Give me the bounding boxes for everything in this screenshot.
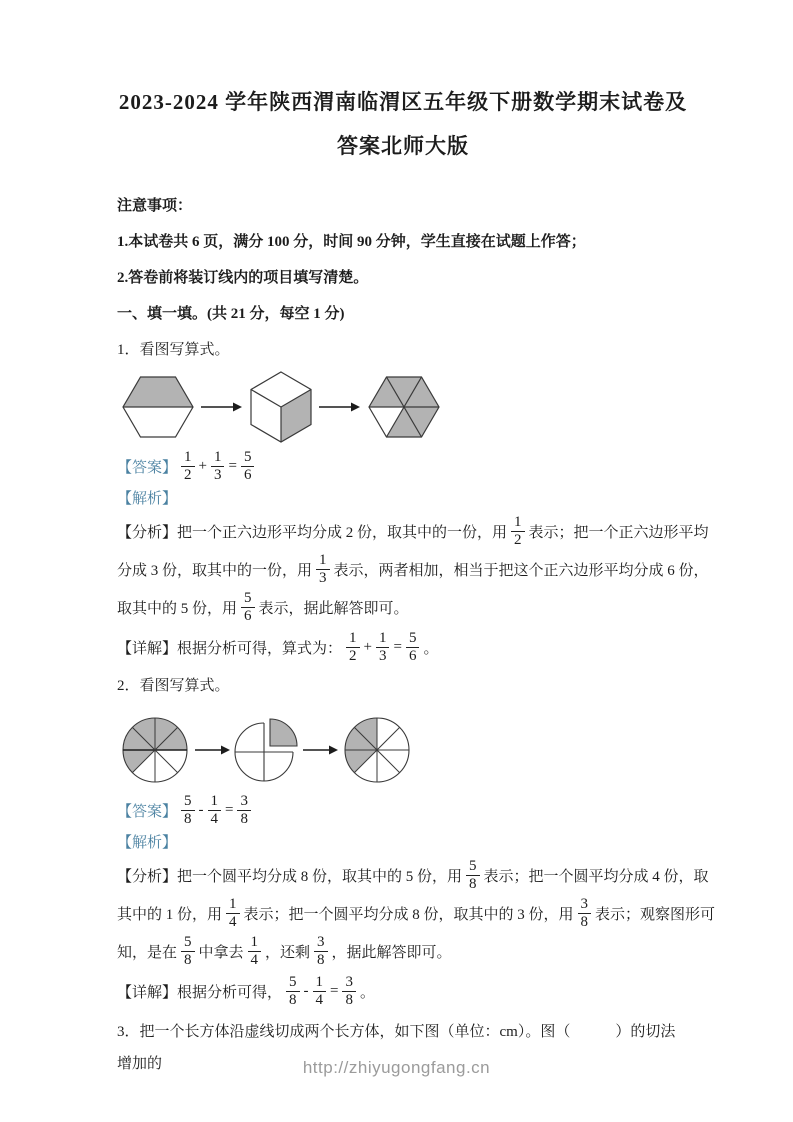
- text-segment: 表示；把一个圆平均分成 8 份，取其中的 3 份，用: [244, 903, 574, 924]
- text-segment: 【分析】把一个圆平均分成 8 份，取其中的 5 份，用: [117, 865, 462, 886]
- text-segment: =: [393, 639, 401, 656]
- text-segment: 【分析】把一个正六边形平均分成 2 份，取其中的一份，用: [117, 521, 507, 542]
- question-2-jiexi-label: 【解析】: [117, 830, 689, 856]
- fraction: 38: [237, 793, 251, 827]
- text-segment: 取其中的 5 份，用: [117, 597, 237, 618]
- circle-2-quarter-removed: [235, 719, 297, 781]
- fraction: 13: [376, 630, 390, 664]
- fraction: 58: [466, 858, 480, 892]
- text-segment: 表示；把一个圆平均分成 4 份，取: [484, 865, 709, 886]
- hexagon-figure: [121, 370, 451, 444]
- answer-equation: 58-14=38: [177, 791, 255, 829]
- question-2-text: 2．看图写算式。: [117, 670, 689, 702]
- question-1-jiexi-label: 【解析】: [117, 486, 689, 512]
- circle-figure: [121, 704, 413, 788]
- fraction: 12: [181, 449, 195, 483]
- fraction: 14: [226, 896, 240, 930]
- fraction: 12: [346, 630, 360, 664]
- arrow-icon: [195, 746, 230, 755]
- question-2-detail-row: 【详解】根据分析可得，58-14=38。: [117, 970, 689, 1012]
- fraction: 58: [181, 793, 195, 827]
- text-segment: 其中的 1 份，用: [117, 903, 222, 924]
- text-segment: 【详解】根据分析可得，算式为：: [117, 637, 342, 658]
- text-segment: 。: [360, 981, 375, 1002]
- text-segment: =: [228, 458, 236, 475]
- document-content: 2023-2024 学年陕西渭南临渭区五年级下册数学期末试卷及 答案北师大版 注…: [117, 0, 689, 1080]
- notice-item-2: 2.答卷前将装订线内的项目填写清楚。: [117, 260, 689, 296]
- section-1-heading: 一、填一填。(共 21 分，每空 1 分): [117, 296, 689, 332]
- text-segment: ，还剩: [265, 941, 310, 962]
- document-title: 2023-2024 学年陕西渭南临渭区五年级下册数学期末试卷及 答案北师大版: [117, 80, 689, 168]
- fraction: 38: [578, 896, 592, 930]
- text-segment: 分成 3 份，取其中的一份，用: [117, 559, 312, 580]
- question-2-figure: [121, 704, 689, 788]
- notice-and-section-block: 注意事项： 1.本试卷共 6 页，满分 100 分，时间 90 分钟，学生直接在…: [117, 188, 689, 368]
- notice-heading: 注意事项：: [117, 188, 689, 224]
- answer-equation: 12+13=56: [177, 447, 258, 485]
- text-segment: 。: [423, 637, 438, 658]
- text-segment: +: [364, 639, 372, 656]
- fraction: 14: [313, 974, 327, 1008]
- watermark-url: http://zhiyugongfang.cn: [0, 1058, 793, 1078]
- circle-3-three-eighths-shaded: [345, 718, 409, 782]
- text-segment: +: [199, 458, 207, 475]
- fraction: 14: [248, 934, 262, 968]
- text-segment: =: [330, 983, 338, 1000]
- arrow-icon: [201, 403, 242, 412]
- question-2-analysis-line-3: 知，是在58中拿去14，还剩38，据此解答即可。: [117, 932, 689, 970]
- hexagon-3-five-sixths-shaded: [369, 377, 439, 437]
- notice-item-1: 1.本试卷共 6 页，满分 100 分，时间 90 分钟，学生直接在试题上作答；: [117, 224, 689, 260]
- text-segment: ，据此解答即可。: [332, 941, 452, 962]
- text-segment: 表示，两者相加，相当于把这个正六边形平均分成 6 份，: [334, 559, 709, 580]
- title-line-2: 答案北师大版: [117, 124, 689, 168]
- question-1-detail-row: 【详解】根据分析可得，算式为：12+13=56。: [117, 626, 689, 668]
- text-segment: -: [199, 802, 204, 819]
- text-segment: 知，是在: [117, 941, 177, 962]
- arrow-icon: [303, 746, 338, 755]
- answer-label: 【答案】: [117, 456, 177, 477]
- text-segment: 表示；把一个正六边形平均: [529, 521, 709, 542]
- fraction: 58: [286, 974, 300, 1008]
- text-segment: 中拿去: [199, 941, 244, 962]
- question-1-analysis-line-2: 分成 3 份，取其中的一份，用13表示，两者相加，相当于把这个正六边形平均分成 …: [117, 550, 689, 588]
- fraction: 13: [211, 449, 225, 483]
- text-segment: -: [304, 983, 309, 1000]
- question-2-analysis-line-2: 其中的 1 份，用14表示；把一个圆平均分成 8 份，取其中的 3 份，用38表…: [117, 894, 689, 932]
- fraction: 38: [342, 974, 356, 1008]
- arrow-icon: [319, 403, 360, 412]
- text-segment: =: [225, 802, 233, 819]
- question-1-text: 1．看图写算式。: [117, 332, 689, 368]
- title-line-1: 2023-2024 学年陕西渭南临渭区五年级下册数学期末试卷及: [117, 80, 689, 124]
- question-1-answer-row: 【答案】12+13=56: [117, 446, 689, 486]
- fraction: 56: [241, 449, 255, 483]
- fraction: 56: [241, 590, 255, 624]
- text-segment: 表示，据此解答即可。: [259, 597, 409, 618]
- fraction: 13: [316, 552, 330, 586]
- question-1-figure: [121, 370, 689, 444]
- question-2-analysis-line-1: 【分析】把一个圆平均分成 8 份，取其中的 5 份，用58表示；把一个圆平均分成…: [117, 856, 689, 894]
- hexagon-1-half-shaded: [123, 377, 193, 437]
- hexagon-2-third-shaded: [251, 372, 311, 442]
- answer-label: 【答案】: [117, 800, 177, 821]
- fraction: 58: [181, 934, 195, 968]
- fraction: 12: [511, 514, 525, 548]
- question-2-answer-row: 【答案】58-14=38: [117, 790, 689, 830]
- document-page: 2023-2024 学年陕西渭南临渭区五年级下册数学期末试卷及 答案北师大版 注…: [0, 0, 793, 1122]
- fraction: 14: [208, 793, 222, 827]
- text-segment: 【详解】根据分析可得，: [117, 981, 282, 1002]
- fraction: 56: [406, 630, 420, 664]
- text-segment: 表示；观察图形可: [595, 903, 715, 924]
- question-1-analysis-line-3: 取其中的 5 份，用56表示，据此解答即可。: [117, 588, 689, 626]
- circle-1-five-eighths-shaded: [123, 718, 187, 782]
- fraction: 38: [314, 934, 328, 968]
- question-1-analysis-line-1: 【分析】把一个正六边形平均分成 2 份，取其中的一份，用12表示；把一个正六边形…: [117, 512, 689, 550]
